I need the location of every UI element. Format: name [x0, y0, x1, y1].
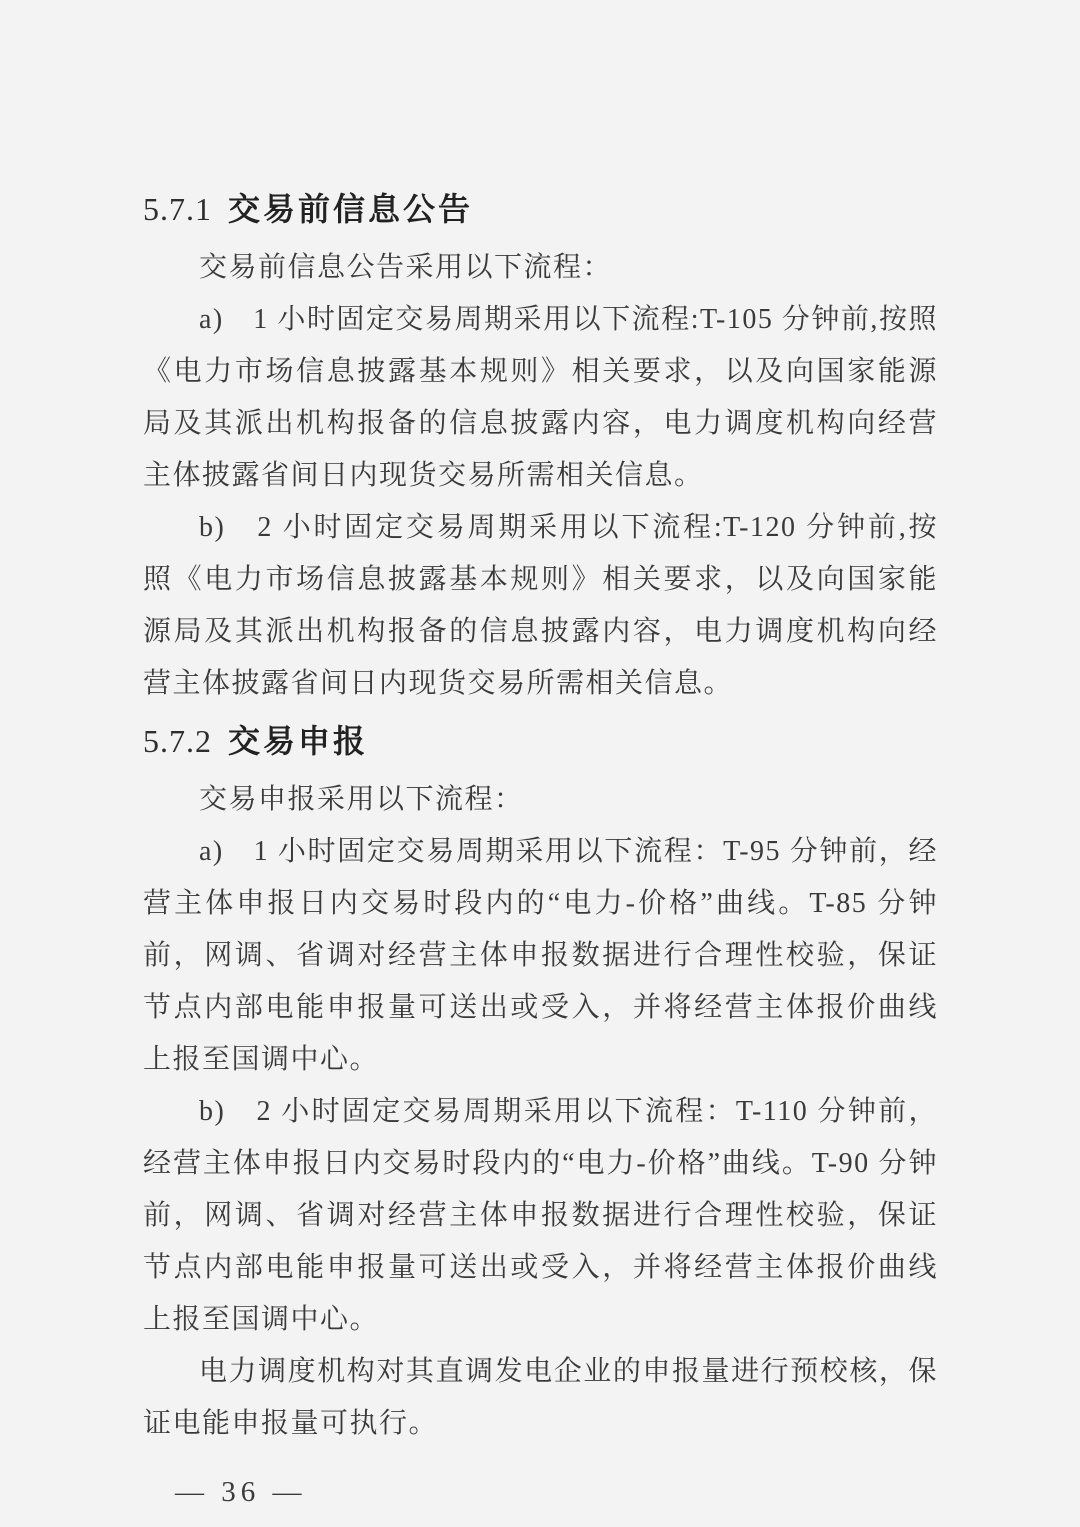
- section-title: 交易前信息公告: [228, 191, 473, 227]
- paragraph-intro: 交易申报采用以下流程：: [143, 774, 938, 826]
- paragraph-item-b: b) 2 小时固定交易周期采用以下流程：T-110 分钟前，经营主体申报日内交易…: [143, 1086, 938, 1346]
- section-title: 交易申报: [228, 723, 368, 759]
- section-heading-5-7-2: 5.7.2交易申报: [143, 718, 938, 764]
- paragraph-closing: 电力调度机构对其直调发电企业的申报量进行预校核，保证电能申报量可执行。: [143, 1346, 938, 1450]
- section-5-7-1: 5.7.1交易前信息公告 交易前信息公告采用以下流程： a) 1 小时固定交易周…: [143, 186, 938, 710]
- paragraph-intro: 交易前信息公告采用以下流程：: [143, 242, 938, 294]
- paragraph-item-b: b) 2 小时固定交易周期采用以下流程:T-120 分钟前,按照《电力市场信息披…: [143, 502, 938, 710]
- document-page: 5.7.1交易前信息公告 交易前信息公告采用以下流程： a) 1 小时固定交易周…: [143, 186, 938, 1509]
- page-number: — 36 —: [143, 1476, 938, 1509]
- section-heading-5-7-1: 5.7.1交易前信息公告: [143, 186, 938, 232]
- section-5-7-2: 5.7.2交易申报 交易申报采用以下流程： a) 1 小时固定交易周期采用以下流…: [143, 718, 938, 1450]
- paragraph-item-a: a) 1 小时固定交易周期采用以下流程：T-95 分钟前，经营主体申报日内交易时…: [143, 826, 938, 1086]
- section-number: 5.7.2: [143, 723, 212, 759]
- paragraph-item-a: a) 1 小时固定交易周期采用以下流程:T-105 分钟前,按照《电力市场信息披…: [143, 294, 938, 502]
- section-number: 5.7.1: [143, 191, 212, 227]
